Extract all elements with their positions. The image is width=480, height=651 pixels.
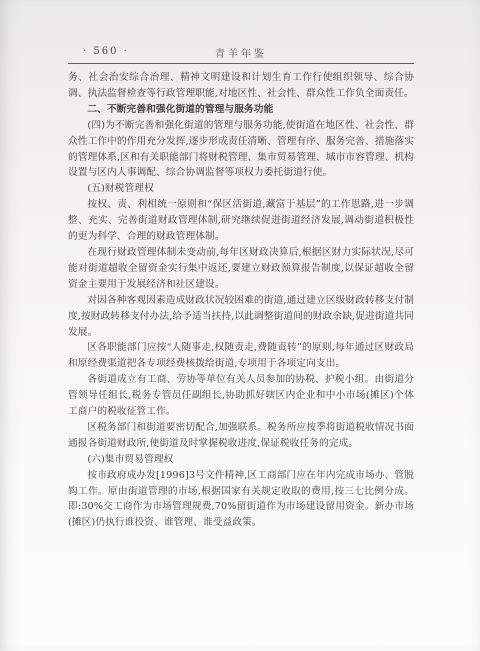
paragraph: 按市政府成办发[1996]3号文件精神,区工商部门应在年内完成市场办、管脱钩工作…: [68, 468, 414, 532]
paragraph: 对因各种客观因素造成财政状况较困难的街道,通过建立区级财政转移支付制度,按财政转…: [68, 293, 414, 341]
paragraph: 在现行财政管理体制未变动前,每年区财政决算后,根据区财力实际状况,尽可能对街道超…: [68, 245, 414, 293]
book-title: 青羊年鉴: [68, 45, 414, 60]
sub-heading: (五)财税管理权: [68, 181, 414, 197]
paragraph: 各街道成立有工商、劳协等单位有关人员参加的协税、护税小组。由街道分管领导任组长,…: [68, 372, 414, 420]
paragraph: 按权、责、利相统一原则和“保区活街道,藏富于基层”的工作思路,进一步调整、充实、…: [68, 197, 414, 245]
document-body: 务、社会治安综合治理、精神文明建设和计划生育工作行使组织领导、综合协调、执法监督…: [68, 70, 414, 531]
section-heading: 二、不断完善和强化街道的管理与服务功能: [68, 102, 414, 118]
paragraph: 务、社会治安综合治理、精神文明建设和计划生育工作行使组织领导、综合协调、执法监督…: [68, 70, 414, 102]
sub-heading: (六)集市贸易管理权: [68, 452, 414, 468]
paragraph: (四)为不断完善和强化街道的管理与服务功能,使街道在地区性、社会性、群众性工作中…: [68, 118, 414, 182]
document-page: · 560 · 青羊年鉴 务、社会治安综合治理、精神文明建设和计划生育工作行使组…: [68, 44, 414, 531]
paragraph: 区税务部门和街道要密切配合,加强联系。税务所应按季将街道税收情况书面通报各街道财…: [68, 420, 414, 452]
page-header: · 560 · 青羊年鉴: [68, 44, 414, 64]
paragraph: 区各职能部门应按“人随事走,权随责走,费随责转”的原则,每年通过区财政局和原经费…: [68, 340, 414, 372]
